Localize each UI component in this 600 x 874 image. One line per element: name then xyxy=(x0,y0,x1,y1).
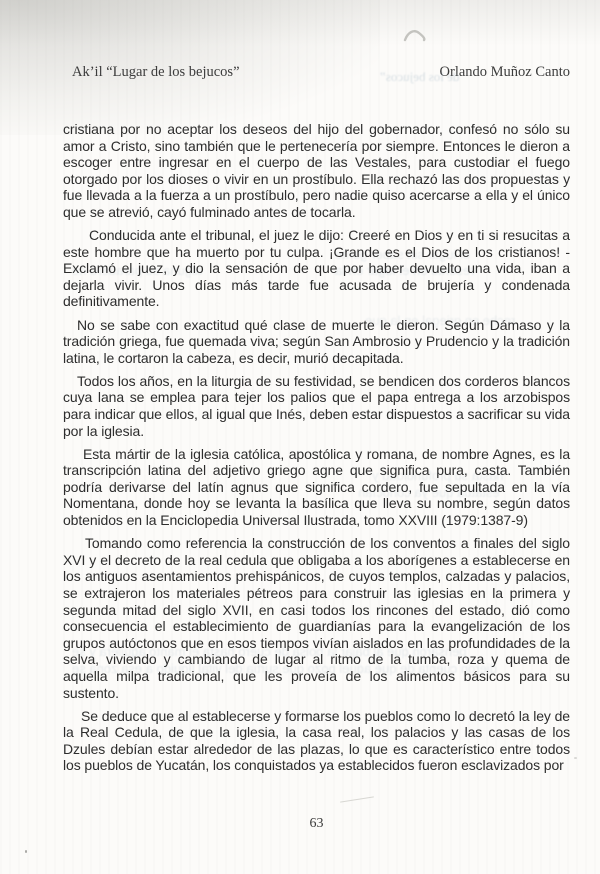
page-number: 63 xyxy=(63,816,570,832)
scan-scratch-mark xyxy=(340,796,374,802)
running-header: Ak’il “Lugar de los bejucos” Orlando Muñ… xyxy=(72,64,570,81)
scanner-shadow-top-band xyxy=(0,0,600,46)
paragraph: Tomando como referencia la construcción … xyxy=(63,535,570,701)
paragraph: cristiana por no aceptar los deseos del … xyxy=(63,121,570,221)
paragraph: Se deduce que al establecerse y formarse… xyxy=(63,708,570,774)
header-book-title: Ak’il “Lugar de los bejucos” xyxy=(72,64,240,81)
paragraph: Todos los años, en la liturgia de su fes… xyxy=(63,373,570,439)
page-body-text: cristiana por no aceptar los deseos del … xyxy=(63,121,570,780)
header-author-name: Orlando Muñoz Canto xyxy=(440,64,570,81)
paragraph: Conducida ante el tribunal, el juez le d… xyxy=(63,227,570,310)
paragraph: No se sabe con exactitud qué clase de mu… xyxy=(63,317,570,367)
scan-speck xyxy=(25,850,27,853)
scan-speck xyxy=(574,757,577,759)
paragraph: Esta mártir de la iglesia católica, apos… xyxy=(63,446,570,529)
pen-mark-icon xyxy=(403,27,427,45)
